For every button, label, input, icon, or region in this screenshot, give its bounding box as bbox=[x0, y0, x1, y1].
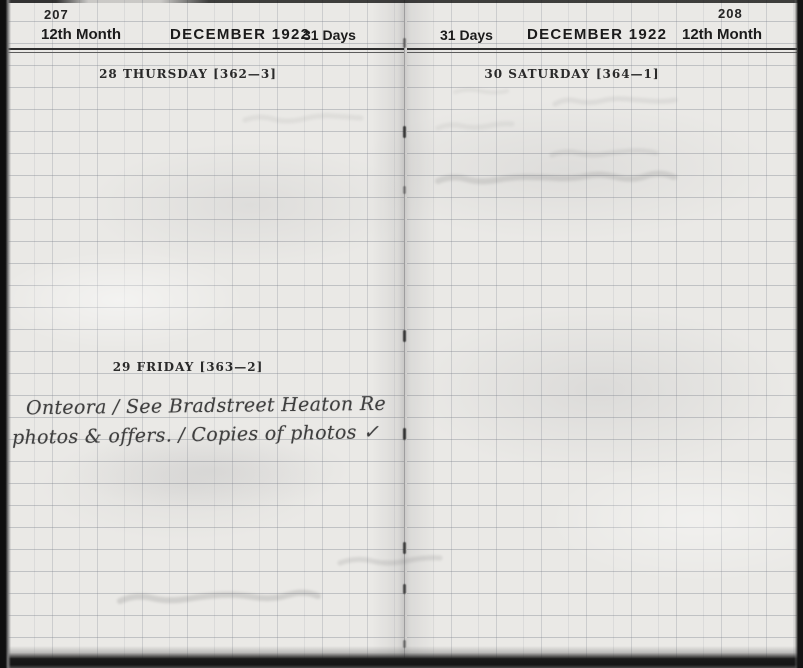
scan-edge-bottom bbox=[0, 646, 803, 668]
stitch-mark bbox=[403, 330, 406, 342]
right-days-label: 31 Days bbox=[440, 27, 493, 43]
day-heading-thursday-28: 28 THURSDAY [362—3] bbox=[8, 67, 368, 81]
stitch-mark bbox=[403, 428, 406, 440]
scan-edge-right bbox=[794, 0, 803, 668]
stitch-mark bbox=[403, 584, 406, 594]
right-month-label: 12th Month bbox=[682, 26, 762, 43]
right-page-number: 208 bbox=[718, 6, 743, 21]
left-page-title: DECEMBER 1922 bbox=[170, 26, 310, 43]
stitch-mark bbox=[403, 38, 406, 48]
handwriting-line: Onteora / See Bradstreet Heaton Re bbox=[26, 393, 386, 419]
left-page-number: 207 bbox=[44, 7, 69, 22]
right-header-rule bbox=[407, 48, 797, 53]
day-heading-saturday-30: 30 SATURDAY [364—1] bbox=[407, 67, 737, 81]
stitch-mark bbox=[403, 186, 406, 194]
left-header-rule bbox=[8, 48, 404, 53]
scan-edge-top bbox=[0, 0, 803, 3]
left-days-label: 31 Days bbox=[303, 27, 356, 43]
day-heading-friday-29: 29 FRIDAY [363—2] bbox=[8, 360, 368, 374]
stitch-mark bbox=[403, 126, 406, 138]
left-page-grid bbox=[8, 0, 404, 668]
stitch-mark bbox=[403, 542, 406, 554]
right-page-title: DECEMBER 1922 bbox=[527, 26, 667, 43]
right-page-grid bbox=[407, 0, 797, 668]
left-month-label: 12th Month bbox=[41, 26, 121, 43]
scan-edge-left bbox=[0, 0, 11, 668]
diary-scan: 207 12th Month DECEMBER 1922 31 Days 31 … bbox=[0, 0, 803, 668]
